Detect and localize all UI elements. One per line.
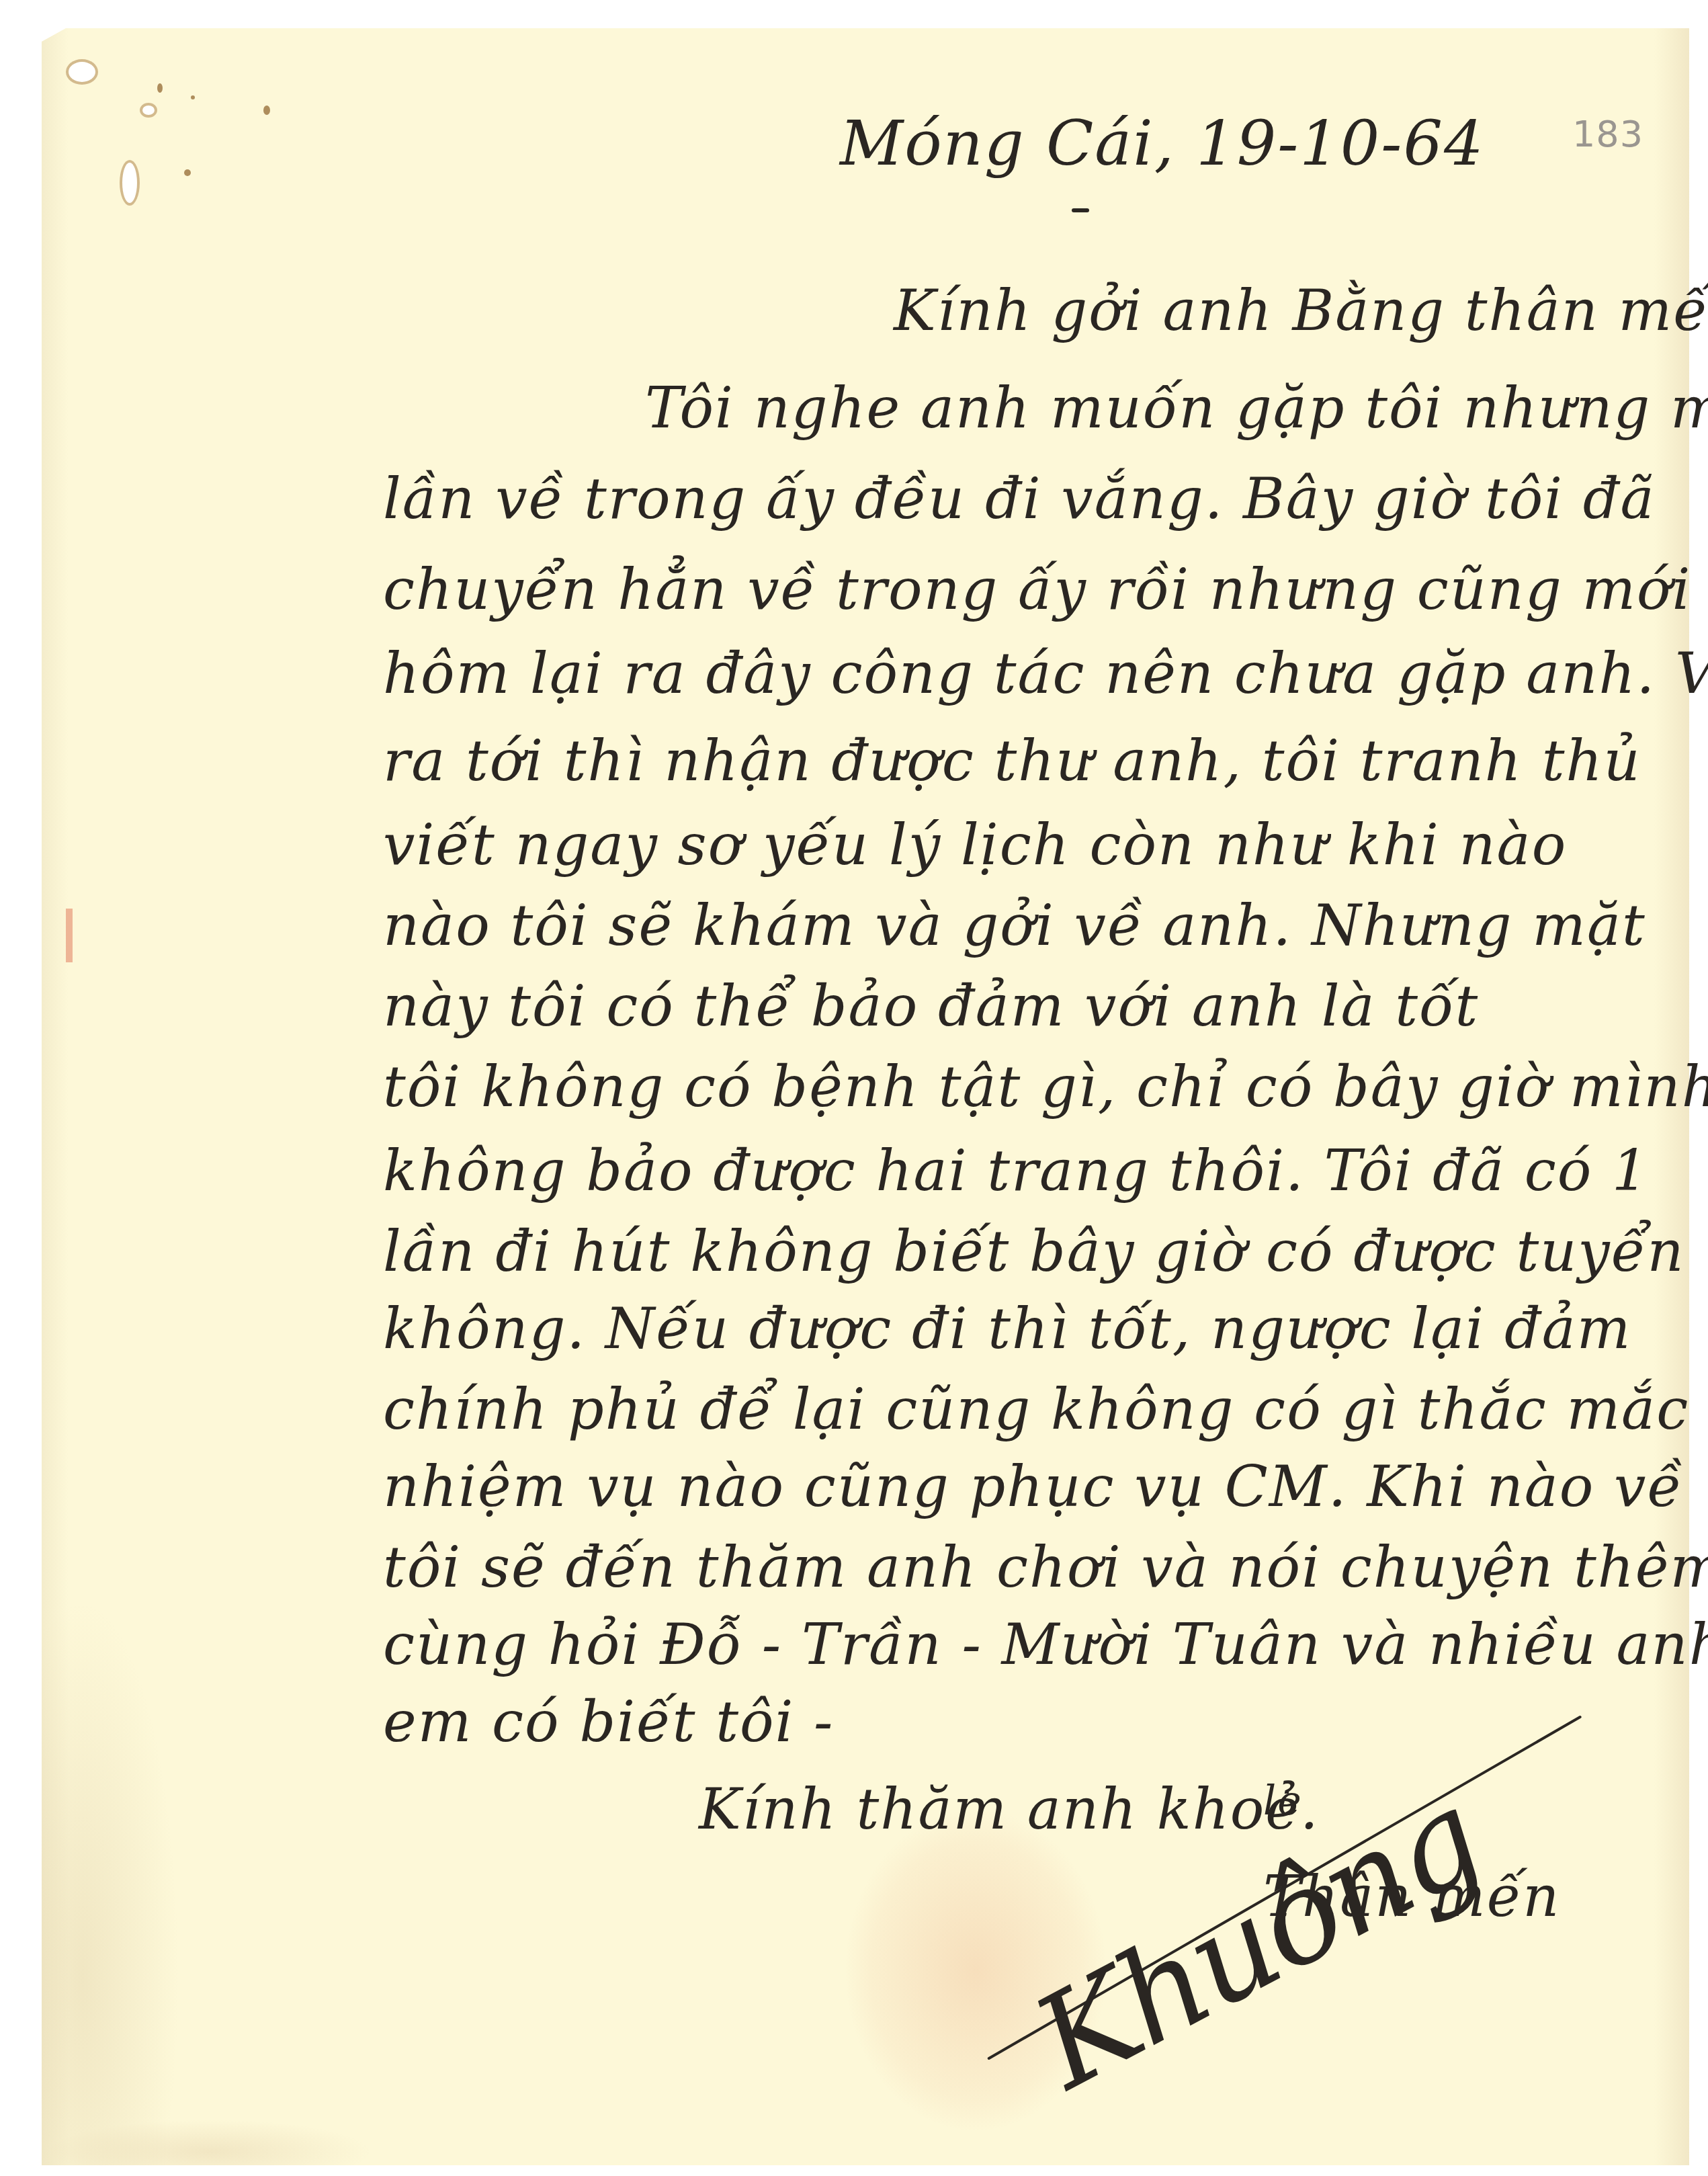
- body-line: viết ngay sơ yếu lý lịch còn như khi nào: [383, 817, 1567, 873]
- stain-speck: [263, 106, 270, 115]
- salutation: Kính gởi anh Bằng thân mến,: [894, 282, 1708, 339]
- body-line: lần về trong ấy đều đi vắng. Bây giờ tôi…: [383, 470, 1656, 527]
- archive-page-number: 183: [1572, 113, 1643, 155]
- paper-hole: [69, 62, 95, 82]
- body-line: chính phủ để lại cũng không có gì thắc m…: [383, 1381, 1689, 1437]
- body-line: ra tới thì nhận được thư anh, tôi tranh …: [383, 733, 1641, 789]
- red-stamp-fragment: [66, 909, 73, 962]
- closing-greeting: Kính thăm anh khoẻ.: [699, 1781, 1320, 1837]
- body-line: nào tôi sẽ khám và gởi về anh. Nhưng mặt: [383, 897, 1646, 954]
- paper-hole: [122, 163, 137, 203]
- body-line: lần đi hút không biết bây giờ có được tu…: [383, 1223, 1685, 1280]
- body-line: nhiệm vụ nào cũng phục vụ CM. Khi nào về: [383, 1458, 1683, 1515]
- stain-speck: [157, 83, 163, 93]
- body-line: tôi sẽ đến thăm anh chơi và nói chuyện t…: [383, 1539, 1708, 1595]
- closing-mark: le: [1263, 1781, 1303, 1821]
- body-line: không bảo được hai trang thôi. Tôi đã có…: [383, 1142, 1649, 1199]
- place-date: Móng Cái, 19-10-64: [840, 108, 1485, 179]
- body-line: em có biết tôi -: [383, 1693, 834, 1750]
- body-line: hôm lại ra đây công tác nên chưa gặp anh…: [383, 645, 1708, 702]
- paper-hole: [142, 106, 155, 115]
- body-line: tôi không có bệnh tật gì, chỉ có bây giờ…: [383, 1058, 1708, 1115]
- body-line: chuyển hẳn về trong ấy rồi nhưng cũng mớ…: [383, 561, 1708, 618]
- stain-speck: [184, 169, 191, 176]
- body-line: Tôi nghe anh muốn gặp tôi nhưng mấy: [645, 380, 1708, 436]
- body-line: cùng hỏi Đỗ - Trần - Mười Tuân và nhiều …: [383, 1616, 1708, 1673]
- header-dash: [1072, 208, 1089, 212]
- stain-speck: [191, 95, 195, 99]
- body-line: này tôi có thể bảo đảm với anh là tốt: [383, 978, 1479, 1034]
- body-line: không. Nếu được đi thì tốt, ngược lại đả…: [383, 1300, 1631, 1357]
